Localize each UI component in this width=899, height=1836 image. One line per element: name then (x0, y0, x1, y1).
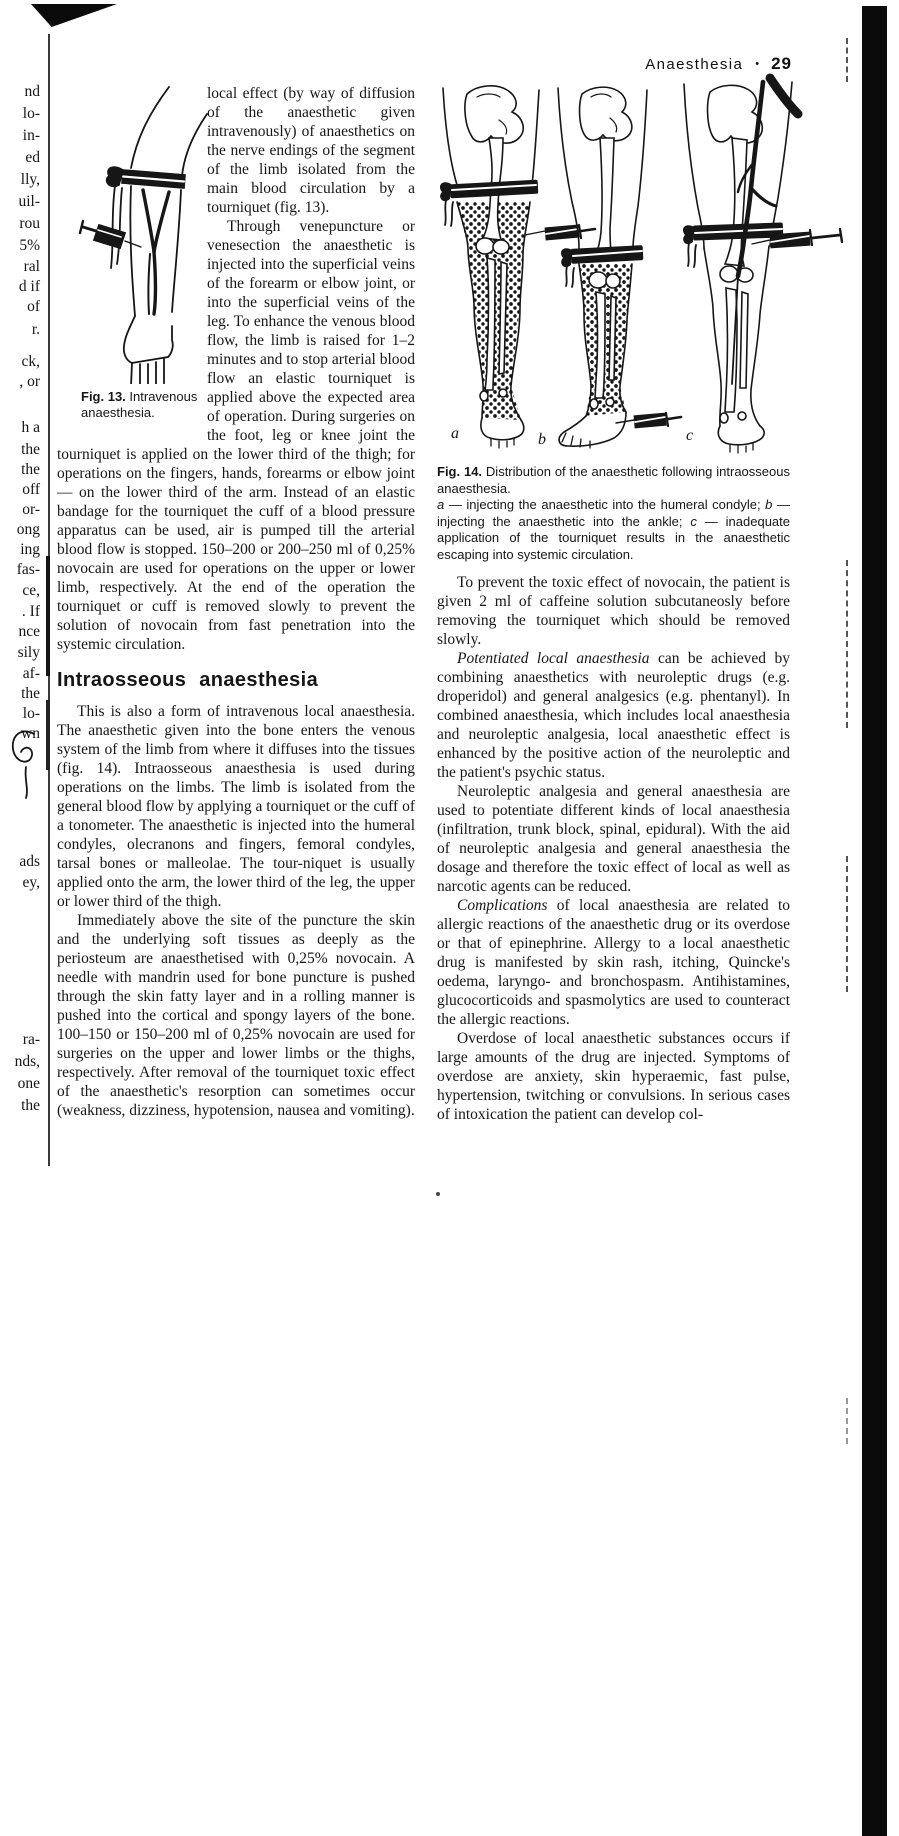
margin-fragment: ra- (0, 1030, 40, 1049)
page-edge-scan-bar (862, 6, 887, 1836)
gutter-line-dark-segment (46, 700, 50, 770)
syringe-a (525, 225, 595, 241)
corner-fold-mark (31, 4, 117, 27)
fig14-illustration (437, 78, 790, 450)
margin-fragment: h a (0, 418, 40, 437)
margin-dash (846, 856, 848, 992)
paragraph: Potentiated local anaesthesia can be ach… (437, 649, 790, 782)
paragraph-lead: Complications (457, 897, 547, 914)
fig14-caption: Fig. 14. Distribution of the anaesthetic… (437, 464, 790, 497)
fig14-legend: a — injecting the anaesthetic into the h… (437, 497, 790, 563)
margin-fragment: nd (0, 82, 40, 101)
fig14-panel-label-a: a (451, 424, 459, 443)
margin-fragment: of (0, 297, 40, 316)
fig13-caption-label: Fig. 13. (81, 389, 126, 404)
fig13-illustration (71, 84, 211, 384)
fig14-leg-b (558, 87, 681, 448)
section-heading: Intraosseous anaesthesia (57, 671, 415, 690)
section-title: Anaesthesia (645, 56, 743, 73)
margin-fragment: ong (0, 520, 40, 539)
margin-fragment: ral (0, 257, 40, 276)
paragraph: To prevent the toxic effect of novocain,… (437, 573, 790, 649)
margin-fragment: off (0, 480, 40, 499)
margin-fragment: ck, (0, 352, 40, 371)
page-number: 29 (771, 54, 792, 73)
running-header: Anaesthesia•29 (520, 54, 792, 74)
fig14-panel-label-c: c (686, 426, 693, 445)
margin-fragment: fas- (0, 560, 40, 579)
ink-speck (436, 1192, 440, 1196)
header-separator: • (743, 58, 771, 70)
margin-fragment: sily (0, 643, 40, 662)
margin-fragment: rou (0, 214, 40, 233)
margin-fragment: 5% (0, 236, 40, 255)
margin-fragment: lo- (0, 104, 40, 123)
margin-dash (846, 1398, 848, 1444)
book-page: Anaesthesia•29 nd lo- in- ed lly, uil- r… (0, 0, 899, 1836)
margin-dash (846, 560, 848, 728)
margin-dash (846, 38, 848, 82)
margin-fragment: the (0, 440, 40, 459)
margin-fragment: ing (0, 540, 40, 559)
gutter-line-dark-segment (46, 556, 50, 676)
tourniquet-band (107, 167, 185, 268)
arm-outline (130, 87, 207, 316)
figure-14: a b c (437, 78, 790, 450)
margin-fragment: one (0, 1074, 40, 1093)
margin-fragment: lly, (0, 170, 40, 189)
margin-fragment: d if (0, 277, 40, 296)
fig14-panel-label-b: b (538, 430, 546, 449)
margin-fragment: . If (0, 602, 40, 621)
left-column: Fig. 13. Intravenous anaesthesia. local … (57, 84, 415, 1120)
margin-fragment: in- (0, 126, 40, 145)
fig14-caption-text: Distribution of the anaesthetic followin… (437, 464, 790, 496)
paragraph-lead: Potentiated local anaesthesia (457, 650, 650, 667)
paragraph: Neuroleptic analgesia and general anaest… (437, 782, 790, 896)
paragraph-text: can be achieved by combining anaesthetic… (437, 650, 790, 781)
fig14-leg-c (683, 78, 842, 453)
figure-13: Fig. 13. Intravenous anaesthesia. (57, 84, 207, 421)
margin-fragment: , or (0, 372, 40, 391)
syringe (80, 221, 141, 248)
margin-fragment: nce (0, 622, 40, 641)
margin-fragment: ce, (0, 581, 40, 600)
paragraph: Immediately above the site of the punctu… (57, 911, 415, 1120)
margin-drawing-fragment (4, 726, 40, 802)
paragraph: Complications of local anaesthesia are r… (437, 896, 790, 1029)
paragraph: Overdose of local anaesthetic substances… (437, 1029, 790, 1124)
fig13-caption: Fig. 13. Intravenous anaesthesia. (57, 389, 207, 421)
hand (124, 316, 173, 384)
margin-fragment: or- (0, 500, 40, 519)
margin-fragment: ads (0, 852, 40, 871)
paragraph-text: of local anaesthesia are related to alle… (437, 897, 790, 1028)
margin-fragment: ed (0, 148, 40, 167)
right-column: a b c Fig. 14. Distribution of the anaes… (437, 78, 790, 1124)
margin-fragment: uil- (0, 192, 40, 211)
margin-fragment: the (0, 684, 40, 703)
legend-text-a: — injecting the anaesthetic into the hum… (444, 497, 765, 512)
fig14-leg-a (440, 86, 595, 448)
margin-fragment: the (0, 460, 40, 479)
margin-fragment: lo- (0, 704, 40, 723)
veins (143, 190, 169, 314)
fig14-caption-label: Fig. 14. (437, 464, 482, 479)
margin-fragment: af- (0, 664, 40, 683)
paragraph: This is also a form of intravenous local… (57, 702, 415, 911)
margin-fragment: nds, (0, 1052, 40, 1071)
margin-fragment: r. (0, 320, 40, 339)
margin-fragment: the (0, 1096, 40, 1115)
margin-fragment: ey, (0, 873, 40, 892)
